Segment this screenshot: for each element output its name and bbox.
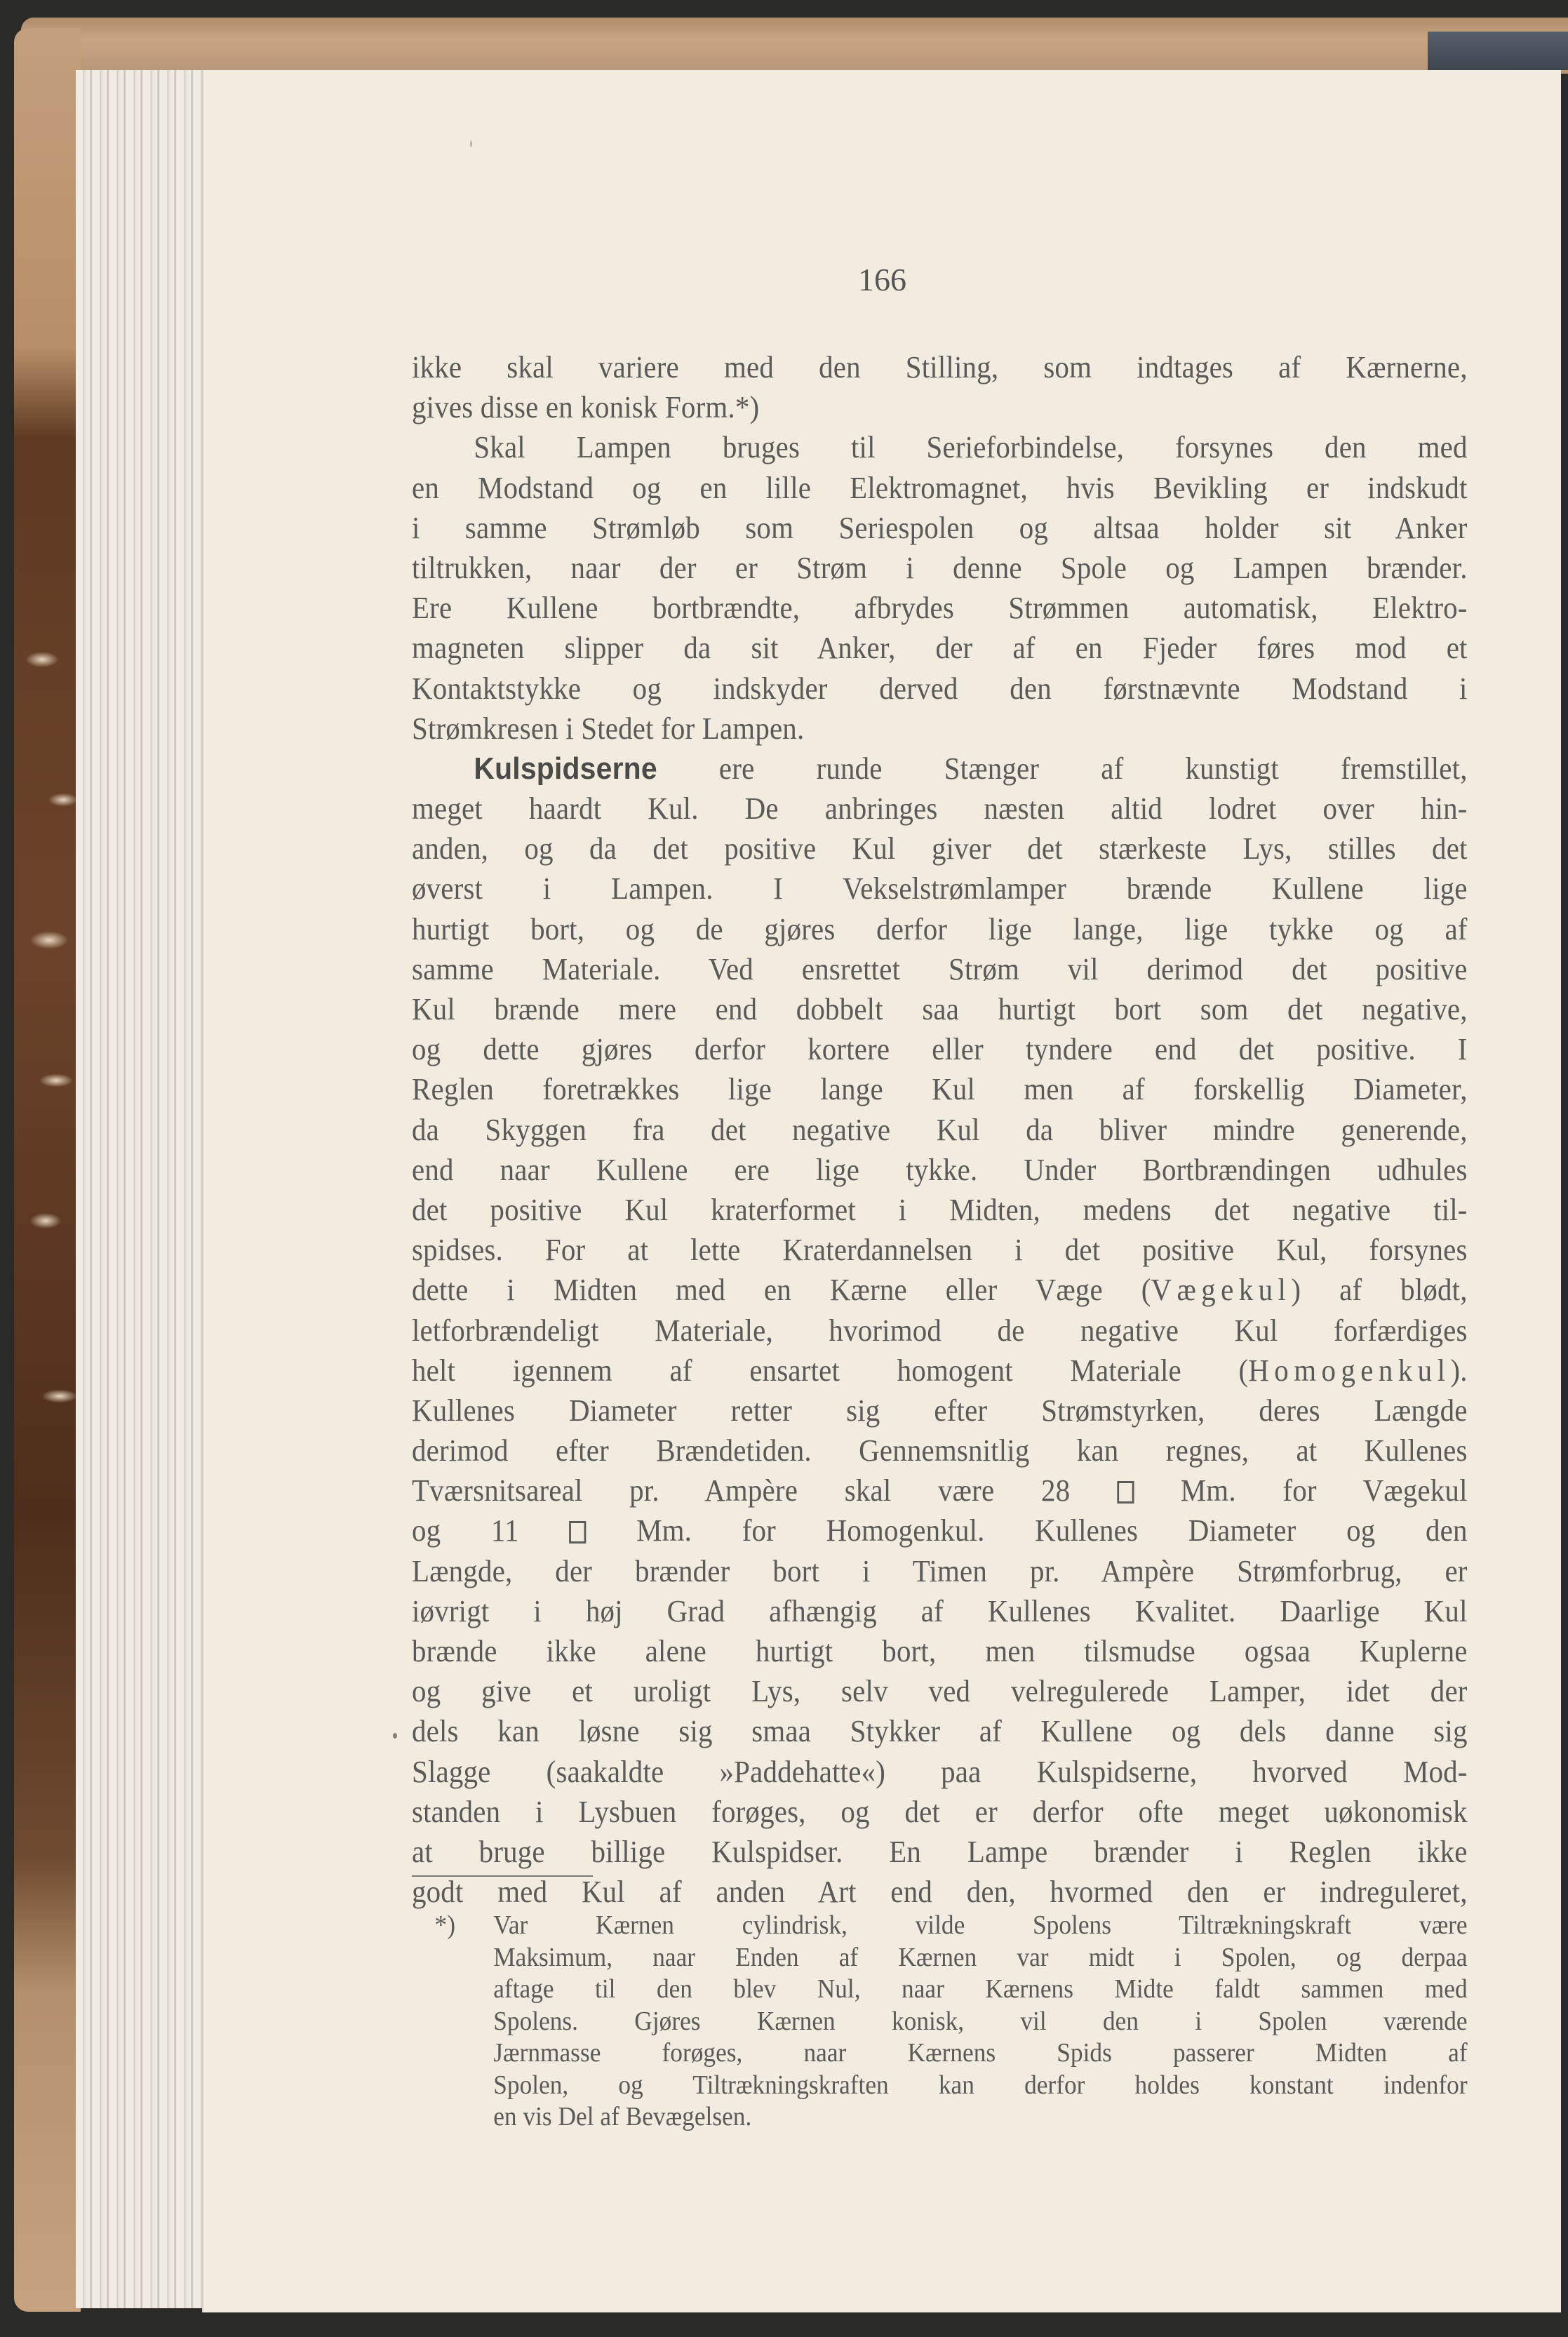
text-line: Strømkresen i Stedet for Lampen. [412,709,1468,749]
text-line: og 11 Mm. for Homogenkul. Kullenes Diame… [412,1511,1468,1551]
book-binding-marbled-cover [14,28,81,2312]
book-page: 166 ikke skal variere med den Stilling, … [202,70,1561,2312]
text-fragment: og 11 [412,1513,569,1548]
text-line: og dette gjøres derfor kortere eller tyn… [412,1029,1468,1069]
text-fragment: ere runde Stænger af kunstigt fremstille… [657,751,1468,786]
text-line: Tværsnitsareal pr. Ampère skal være 28 M… [412,1471,1468,1511]
book-spine-label [1428,32,1568,70]
text-fragment: Tværsnitsareal pr. Ampère skal være 28 [412,1473,1117,1508]
text-line: derimod efter Brændetiden. Gennemsnitlig… [412,1431,1468,1471]
text-line: det positive Kul kraterformet i Midten, … [412,1190,1468,1230]
text-line: dette i Midten med en Kærne eller Væge (… [412,1270,1468,1310]
text-line: meget haardt Kul. De anbringes næsten al… [412,789,1468,829]
spaced-term-homogenkul: Homogenkul [1248,1353,1450,1388]
footnote-line: *)Var Kærnen cylindrisk, vilde Spolens T… [412,1910,1468,1942]
page-number: 166 [203,261,1561,298]
text-line: Slagge (saakaldte »Paddehatte«) paa Kuls… [412,1752,1468,1792]
text-line: tiltrukken, naar der er Strøm i denne Sp… [412,548,1468,588]
footnote: *)Var Kærnen cylindrisk, vilde Spolens T… [412,1910,1468,2134]
text-line: øverst i Lampen. I Vekselstrømlamper bræ… [412,869,1468,909]
text-line: Kontaktstykke og indskyder derved den fø… [412,669,1468,709]
text-line: i samme Strømløb som Seriespolen og alts… [412,508,1468,548]
text-line: iøvrigt i høj Grad afhængig af Kullenes … [412,1591,1468,1631]
paragraph-start-line: Kulspidserne ere runde Stænger af kunsti… [412,749,1468,789]
text-line: da Skyggen fra det negative Kul da blive… [412,1110,1468,1150]
footnote-line: Maksimum, naar Enden af Kærnen var midt … [412,1942,1468,1974]
footnote-line: Spolens. Gjøres Kærnen konisk, vil den i… [412,2006,1468,2038]
text-fragment: ). [1450,1353,1467,1388]
paper-speck [470,140,472,147]
section-term-kulspidserne: Kulspidserne [474,751,657,786]
text-line: end naar Kullene ere lige tykke. Under B… [412,1150,1468,1190]
paragraph-start-line: Skal Lampen bruges til Serieforbindelse,… [412,427,1468,467]
square-unit-icon [1117,1481,1134,1504]
text-line: brænde ikke alene hurtigt bort, men tils… [412,1631,1468,1671]
footnote-line: aftage til den blev Nul, naar Kærnens Mi… [412,1974,1468,2006]
text-line: dels kan løsne sig smaa Stykker af Kulle… [412,1711,1468,1751]
text-line: anden, og da det positive Kul giver det … [412,829,1468,869]
footnote-line: Jærnmasse forøges, naar Kærnens Spids pa… [412,2037,1468,2070]
text-line: spidses. For at lette Kraterdannelsen i … [412,1230,1468,1270]
text-fragment: Mm. for Homogenkul. Kullenes Diameter og… [586,1513,1467,1548]
text-line: en Modstand og en lille Elektromagnet, h… [412,468,1468,508]
text-line: at bruge billige Kulspidser. En Lampe br… [412,1832,1468,1872]
text-line: Kul brænde mere end dobbelt saa hurtigt … [412,989,1468,1029]
text-line: Ere Kullene bortbrændte, afbrydes Strømm… [412,588,1468,628]
footnote-line: en vis Del af Bevægelsen. [412,2101,1468,2134]
text-line: helt igennem af ensartet homogent Materi… [412,1351,1468,1391]
text-line: Længde, der brænder bort i Timen pr. Amp… [412,1551,1468,1591]
footnote-separator-rule [412,1875,593,1877]
text-line: godt med Kul af anden Art end den, hvorm… [412,1872,1468,1912]
spaced-term-vaegekul: Vægekul [1151,1273,1292,1307]
text-line: ikke skal variere med den Stilling, som … [412,347,1468,387]
text-fragment: helt igennem af ensartet homogent Materi… [412,1353,1248,1388]
book-binding-top [21,18,1568,74]
text-line: standen i Lysbuen forøges, og det er der… [412,1792,1468,1832]
text-line: Reglen foretrækkes lige lange Kul men af… [412,1069,1468,1109]
footnote-text: Var Kærnen cylindrisk, vilde Spolens Til… [493,1910,1467,1940]
page-edges-stack [76,70,209,2308]
text-line: letforbrændeligt Materiale, hvorimod de … [412,1311,1468,1351]
text-fragment: ) af blødt, [1291,1273,1467,1307]
text-line: og give et uroligt Lys, selv ved velregu… [412,1671,1468,1711]
footnote-line: Spolen, og Tiltrækningskraften kan derfo… [412,2070,1468,2102]
footnote-marker: *) [435,1910,455,1942]
square-unit-icon [569,1521,586,1544]
text-line: hurtigt bort, og de gjøres derfor lige l… [412,909,1468,949]
text-line: samme Materiale. Ved ensrettet Strøm vil… [412,949,1468,989]
body-text: ikke skal variere med den Stilling, som … [412,347,1468,1912]
text-fragment: Mm. for Vægekul [1134,1473,1468,1508]
text-line: magneten slipper da sit Anker, der af en… [412,628,1468,668]
paper-speck [393,1733,397,1739]
text-line: gives disse en konisk Form.*) [412,387,1468,427]
text-line: Kullenes Diameter retter sig efter Strøm… [412,1391,1468,1431]
text-fragment: dette i Midten med en Kærne eller Væge ( [412,1273,1151,1307]
